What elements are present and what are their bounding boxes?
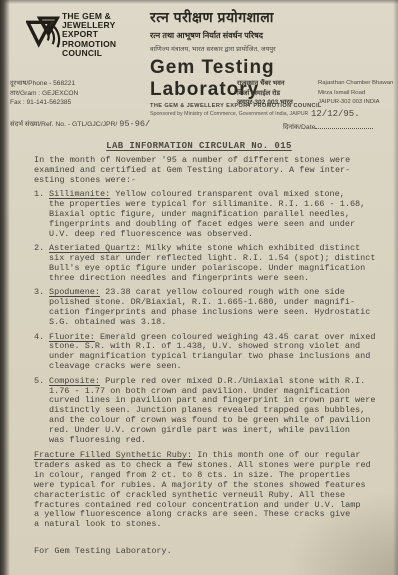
item-term: Sillimanite:	[49, 189, 110, 199]
ref-label: संदर्भ संख्या/Ref. No. - GTL/GJC/JPR/	[10, 121, 117, 128]
council-name-hindi: रत्न तथा आभूषण निर्यात संवर्धन परिषद	[150, 30, 386, 41]
item-number: 2.	[34, 244, 49, 284]
contact-block: दूरभाष/Phone - 568221 तार/Gram : GEJEXCO…	[10, 79, 78, 108]
list-item: 1.Sillimanite: Yellow coloured transpare…	[34, 190, 391, 240]
date-label: दिनांक/Date	[283, 124, 315, 131]
scan-edge-right	[393, 0, 398, 575]
address-line: JAIPUR-302 003 INDIA	[318, 98, 393, 108]
item-term: Spodumene:	[49, 287, 100, 297]
address-line: Rajasthan Chamber Bhawan	[318, 79, 393, 89]
lab-title-hindi: रत्न परीक्षण प्रयोगशाला	[150, 8, 386, 27]
address-line: मिर्जा इस्माईल रोड	[237, 89, 293, 99]
document-body: In the month of November '95 a number of…	[34, 156, 391, 557]
item-text: Purple red over mixed D.R./Uniaxial ston…	[49, 376, 375, 445]
date-label-row: दिनांक/Date	[283, 122, 373, 131]
scan-edge-top	[0, 0, 398, 4]
address-english: Rajasthan Chamber Bhawan Mirza Ismail Ro…	[318, 79, 393, 108]
address-hindi: राजस्थान चैंबर भवन मिर्जा इस्माईल रोड जय…	[237, 79, 293, 108]
fracture-text: In this month one of our regular traders…	[34, 450, 371, 529]
item-body: Fluorite: Emerald green coloured weighin…	[49, 333, 391, 373]
typed-date: 12/12/95.	[311, 109, 360, 119]
phone-line: दूरभाष/Phone - 568221	[10, 79, 78, 89]
intro-paragraph: In the month of November '95 a number of…	[34, 156, 391, 186]
item-term: Fluorite:	[49, 332, 95, 342]
ref-number: 95-96/	[119, 119, 150, 129]
list-item: 3.Spodumene: 23.38 carat yellow coloured…	[34, 288, 391, 328]
date-dotted-line	[315, 122, 373, 129]
circular-title: LAB INFORMATION CIRCULAR No. 015	[0, 141, 398, 151]
logo-line: COUNCIL	[62, 49, 116, 58]
fracture-term: Fracture Filled Synthetic Ruby:	[34, 450, 192, 460]
item-number: 1.	[34, 190, 49, 240]
item-body: Asteriated Quartz: Milky white stone whi…	[49, 244, 391, 284]
stone-list: 1.Sillimanite: Yellow coloured transpare…	[34, 190, 391, 446]
item-text: Emerald green coloured weighing 43.45 ca…	[49, 332, 375, 372]
reference-row: संदर्भ संख्या/Ref. No. - GTL/GJC/JPR/ 95…	[10, 119, 150, 129]
item-term: Asteriated Quartz:	[49, 243, 141, 253]
list-item: 4.Fluorite: Emerald green coloured weigh…	[34, 333, 391, 373]
scanned-document-page: THE GEM & JEWELLERY EXPORT PROMOTION COU…	[0, 0, 398, 575]
list-item: 5.Composite: Purple red over mixed D.R./…	[34, 377, 391, 446]
fax-line: Fax : 91-141-562385	[10, 98, 78, 108]
item-number: 3.	[34, 288, 49, 328]
gjepc-logo-text: THE GEM & JEWELLERY EXPORT PROMOTION COU…	[62, 12, 116, 58]
item-term: Composite:	[49, 376, 100, 386]
closing-line: For Gem Testing Laboratory.	[34, 547, 391, 557]
list-item: 2.Asteriated Quartz: Milky white stone w…	[34, 244, 391, 284]
gjepc-logo-icon	[26, 7, 66, 57]
item-body: Composite: Purple red over mixed D.R./Un…	[49, 377, 391, 446]
address-line: Mirza Ismail Road	[318, 89, 393, 99]
item-body: Sillimanite: Yellow coloured transparent…	[49, 190, 391, 240]
scan-edge-left	[0, 0, 10, 575]
item-number: 5.	[34, 377, 49, 446]
address-line: राजस्थान चैंबर भवन	[237, 79, 293, 89]
fracture-paragraph: Fracture Filled Synthetic Ruby: In this …	[34, 451, 391, 530]
gram-line: तार/Gram : GEJEXCON	[10, 89, 78, 99]
item-number: 4.	[34, 333, 49, 373]
sponsor-line-hindi: वाणिज्य मंत्रालय, भारत सरकार द्वारा प्रा…	[150, 44, 386, 53]
address-line: जयपुर-302 003 भारत	[237, 98, 293, 108]
item-body: Spodumene: 23.38 carat yellow coloured r…	[49, 288, 391, 328]
